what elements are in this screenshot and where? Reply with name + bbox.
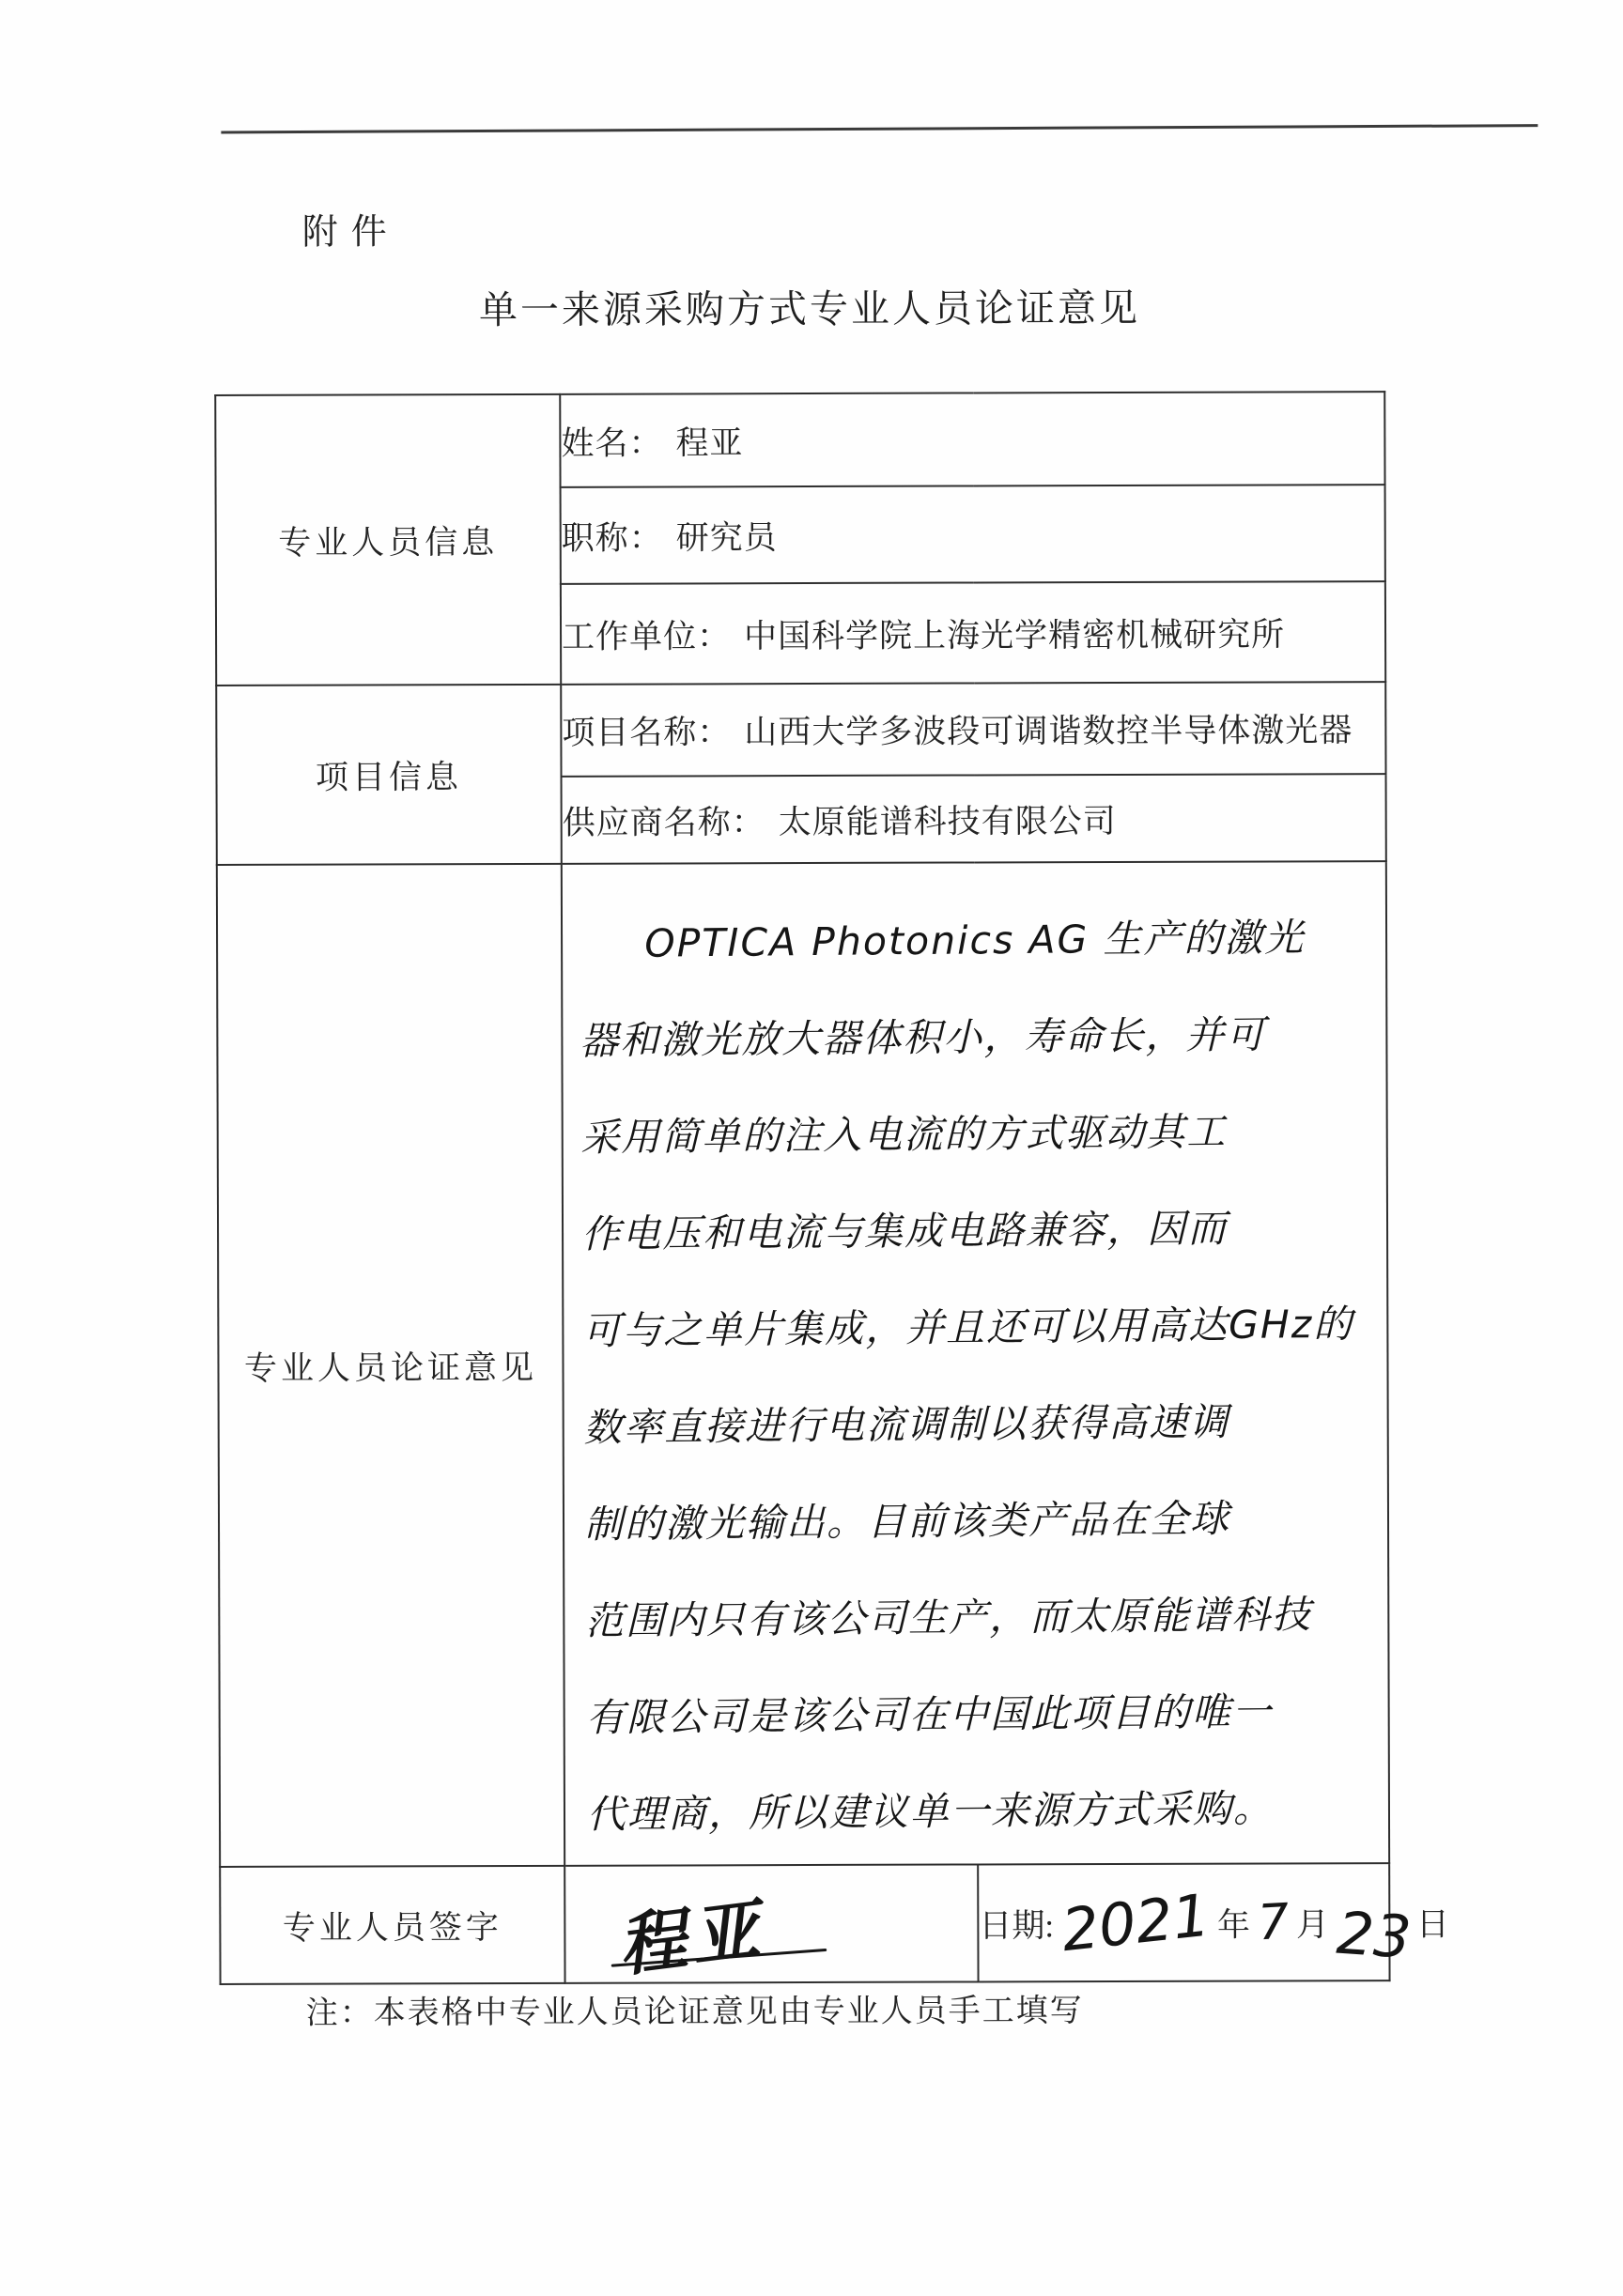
personnel-info-label: 专业人员信息 xyxy=(215,394,561,686)
employer-value: 中国科学院上海光学精密机械研究所 xyxy=(744,616,1285,655)
date-month-handwritten: 7 xyxy=(1256,1893,1290,1951)
project-name-cell: 项目名称：山西大学多波段可调谐数控半导体激光器 xyxy=(561,682,1385,777)
project-name-label: 项目名称： xyxy=(562,714,731,751)
date-month-unit: 月 xyxy=(1296,1899,1329,1946)
employer-cell: 工作单位：中国科学院上海光学精密机械研究所 xyxy=(561,581,1385,685)
scanned-sheet: 附件 单一来源采购方式专业人员论证意见 专业人员信息 姓名：程亚 职称：研究员 xyxy=(0,0,1623,2296)
opinion-handwriting-block: OPTICA Photonics AG 生产的激光 器和激光放大器体积小，寿命长… xyxy=(560,864,1392,1863)
document-page: 附件 单一来源采购方式专业人员论证意见 专业人员信息 姓名：程亚 职称：研究员 xyxy=(0,0,1623,2296)
project-info-label: 项目信息 xyxy=(216,685,562,865)
opinion-line: 代理商，所以建议单一来源方式采购。 xyxy=(586,1759,1391,1863)
opinion-line: 作电压和电流与集成电路兼容，因而 xyxy=(581,1179,1386,1283)
job-title-label: 职称： xyxy=(562,519,663,556)
name-cell: 姓名：程亚 xyxy=(560,392,1384,487)
signature-cell: 程亚 xyxy=(564,1864,978,1982)
footer-note: 注：本表格中专业人员论证意见由专业人员手工填写 xyxy=(306,1984,1084,2033)
row-opinion: 专业人员论证意见 OPTICA Photonics AG 生产的激光 器和激光放… xyxy=(217,861,1389,1867)
project-name-value: 山西大学多波段可调谐数控半导体激光器 xyxy=(744,712,1352,750)
date-year-unit: 年 xyxy=(1217,1899,1250,1946)
row-project-name: 项目信息 项目名称：山西大学多波段可调谐数控半导体激光器 xyxy=(216,682,1385,778)
opinion-line: 制的激光输出。目前该类产品在全球 xyxy=(584,1469,1389,1573)
form-table: 专业人员信息 姓名：程亚 职称：研究员 工作单位：中国科学院上海光学精密机械研究… xyxy=(214,391,1390,1985)
document-title: 单一来源采购方式专业人员论证意见 xyxy=(0,275,1621,335)
supplier-value: 太原能谱科技有限公司 xyxy=(779,802,1117,840)
header-rule xyxy=(221,124,1538,133)
opinion-line: OPTICA Photonics AG 生产的激光 xyxy=(579,888,1383,993)
opinion-line: 范围内只有该公司生产，而太原能谱科技 xyxy=(585,1565,1390,1670)
supplier-cell: 供应商名称：太原能谱科技有限公司 xyxy=(562,774,1386,864)
supplier-label: 供应商名称： xyxy=(563,804,765,841)
row-signature: 专业人员签字 程亚 日期: 2021 年 7 月 23 日 xyxy=(220,1863,1389,1984)
row-name: 专业人员信息 姓名：程亚 xyxy=(215,392,1384,488)
opinion-cell: OPTICA Photonics AG 生产的激光 器和激光放大器体积小，寿命长… xyxy=(562,861,1389,1866)
employer-label: 工作单位： xyxy=(562,618,731,655)
attachment-label: 附件 xyxy=(302,202,400,254)
job-title-value: 研究员 xyxy=(676,519,778,556)
name-value: 程亚 xyxy=(675,424,743,461)
date-year-handwritten: 2021 xyxy=(1059,1881,1213,1965)
signature-handwriting: 程亚 xyxy=(612,1874,770,1990)
date-day-handwritten: 23 xyxy=(1335,1899,1414,1972)
opinion-line: 有限公司是该公司在中国此项目的唯一 xyxy=(585,1662,1390,1766)
opinion-line: 采用简单的注入电流的方式驱动其工 xyxy=(580,1082,1385,1186)
opinion-line: 器和激光放大器体积小，寿命长，并可 xyxy=(580,985,1384,1089)
date-prefix: 日期: xyxy=(979,1900,1054,1947)
name-label: 姓名： xyxy=(561,424,662,461)
date-cell: 日期: 2021 年 7 月 23 日 xyxy=(978,1863,1389,1981)
signature-label: 专业人员签字 xyxy=(220,1866,564,1984)
opinion-line: 可与之单片集成，并且还可以用高达GHz的 xyxy=(582,1275,1387,1379)
opinion-line: 数率直接进行电流调制以获得高速调 xyxy=(583,1372,1388,1476)
opinion-label: 专业人员论证意见 xyxy=(217,864,564,1867)
date-line: 日期: 2021 年 7 月 23 日 xyxy=(979,1888,1388,1957)
job-title-cell: 职称：研究员 xyxy=(561,485,1385,584)
date-day-unit: 日 xyxy=(1416,1898,1449,1945)
